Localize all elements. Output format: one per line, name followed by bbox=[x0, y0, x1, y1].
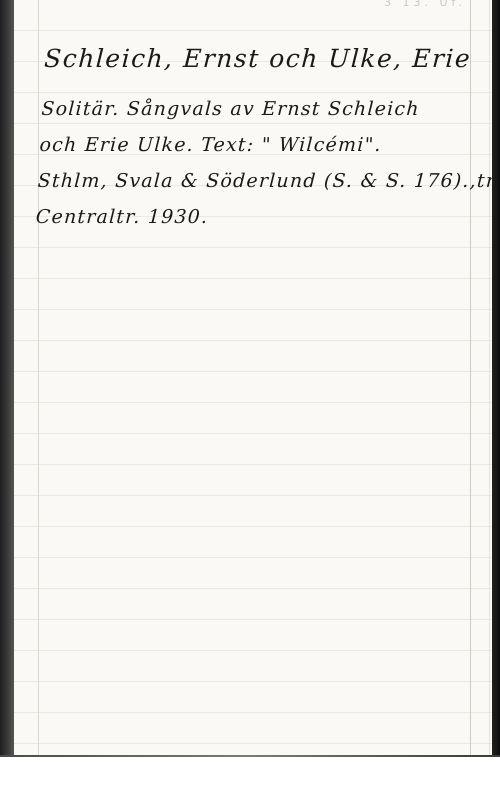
handwritten-entry: Schleich, Ernst och Ulke, Erie Solitär. … bbox=[35, 42, 475, 235]
entry-line-title: Solitär. Sångvals av Ernst Schleich bbox=[41, 91, 473, 127]
scan-edge-right bbox=[492, 0, 500, 757]
left-margin-rule bbox=[38, 0, 39, 757]
entry-line-printer-year: Centraltr. 1930. bbox=[35, 199, 467, 235]
card-bottom-edge bbox=[0, 755, 500, 757]
entry-line-publisher: Sthlm, Svala & Söderlund (S. & S. 176).,… bbox=[37, 163, 469, 199]
entry-line-text-credit: och Erie Ulke. Text: " Wilcémi". bbox=[39, 127, 471, 163]
scan-edge-left bbox=[0, 0, 14, 757]
catalog-card-scan: 3 13. Uf. Schleich, Ernst och Ulke, Erie… bbox=[0, 0, 500, 757]
right-margin-rule-2 bbox=[489, 0, 490, 757]
entry-heading-authors: Schleich, Ernst och Ulke, Erie bbox=[43, 42, 475, 76]
publisher-text: Sthlm, Svala & Söderlund (S. & S. 176)., bbox=[37, 163, 478, 199]
pencil-shelfmark-note: 3 13. Uf. bbox=[384, 0, 466, 9]
